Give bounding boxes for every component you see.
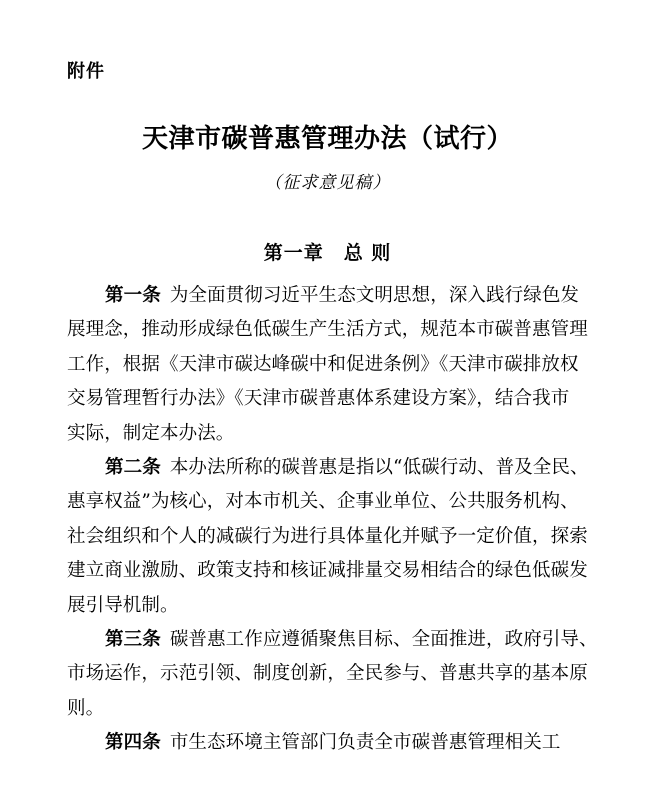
attachment-label: 附件 [67, 60, 105, 84]
body-line: 展引导机制。 [67, 589, 591, 623]
body-line: 第三条碳普惠工作应遵循聚焦目标、全面推进，政府引导、 [67, 623, 591, 657]
body-line: 实际，制定本办法。 [67, 417, 591, 451]
body-line-text: 市场运作，示范引领、制度创新，全民参与、普惠共享的基本原 [67, 663, 588, 684]
body-line-text: 展理念，推动形成绿色低碳生产生活方式，规范本市碳普惠管理 [67, 319, 588, 340]
body-line: 第四条市生态环境主管部门负责全市碳普惠管理相关工 [67, 726, 591, 760]
body-line: 则。 [67, 692, 591, 726]
document-subtitle: （征求意见稿） [0, 171, 655, 195]
body-line: 市场运作，示范引领、制度创新，全民参与、普惠共享的基本原 [67, 657, 591, 691]
body-line: 交易管理暂行办法》《天津市碳普惠体系建设方案》，结合我市 [67, 382, 591, 416]
body-line-text: 为全面贯彻习近平生态文明思想，深入践行绿色发 [170, 285, 579, 306]
body-line-text: 惠享权益”为核心，对本市机关、企事业单位、公共服务机构、 [67, 491, 579, 512]
body-line: 展理念，推动形成绿色低碳生产生活方式，规范本市碳普惠管理 [67, 313, 591, 347]
article-number: 第三条 [105, 629, 161, 650]
body-line: 建立商业激励、政策支持和核证减排量交易相结合的绿色低碳发 [67, 554, 591, 588]
article-number: 第二条 [105, 457, 161, 478]
document-title: 天津市碳普惠管理办法（试行） [0, 122, 655, 156]
document-body: 第一条为全面贯彻习近平生态文明思想，深入践行绿色发展理念，推动形成绿色低碳生产生… [67, 279, 591, 760]
body-line-text: 工作，根据《天津市碳达峰碳中和促进条例》《天津市碳排放权 [67, 354, 579, 375]
body-line-text: 展引导机制。 [67, 595, 179, 616]
article-number: 第一条 [105, 285, 161, 306]
body-line-text: 碳普惠工作应遵循聚焦目标、全面推进，政府引导、 [170, 629, 598, 650]
body-line: 社会组织和个人的减碳行为进行具体量化并赋予一定价值，探索 [67, 520, 591, 554]
body-line-text: 则。 [67, 698, 104, 719]
document-page: 附件 天津市碳普惠管理办法（试行） （征求意见稿） 第一章 总 则 第一条为全面… [0, 0, 655, 793]
body-line-text: 社会组织和个人的减碳行为进行具体量化并赋予一定价值，探索 [67, 526, 588, 547]
chapter-heading: 第一章 总 则 [0, 240, 655, 266]
body-line: 工作，根据《天津市碳达峰碳中和促进条例》《天津市碳排放权 [67, 348, 591, 382]
article-number: 第四条 [105, 732, 161, 753]
body-line: 第二条本办法所称的碳普惠是指以“低碳行动、普及全民、 [67, 451, 591, 485]
body-line-text: 建立商业激励、政策支持和核证减排量交易相结合的绿色低碳发 [67, 560, 588, 581]
body-line-text: 本办法所称的碳普惠是指以“低碳行动、普及全民、 [170, 457, 589, 478]
body-line: 第一条为全面贯彻习近平生态文明思想，深入践行绿色发 [67, 279, 591, 313]
body-line-text: 市生态环境主管部门负责全市碳普惠管理相关工 [170, 732, 561, 753]
body-line-text: 实际，制定本办法。 [67, 423, 234, 444]
body-line-text: 交易管理暂行办法》《天津市碳普惠体系建设方案》，结合我市 [67, 388, 569, 409]
body-line: 惠享权益”为核心，对本市机关、企事业单位、公共服务机构、 [67, 485, 591, 519]
